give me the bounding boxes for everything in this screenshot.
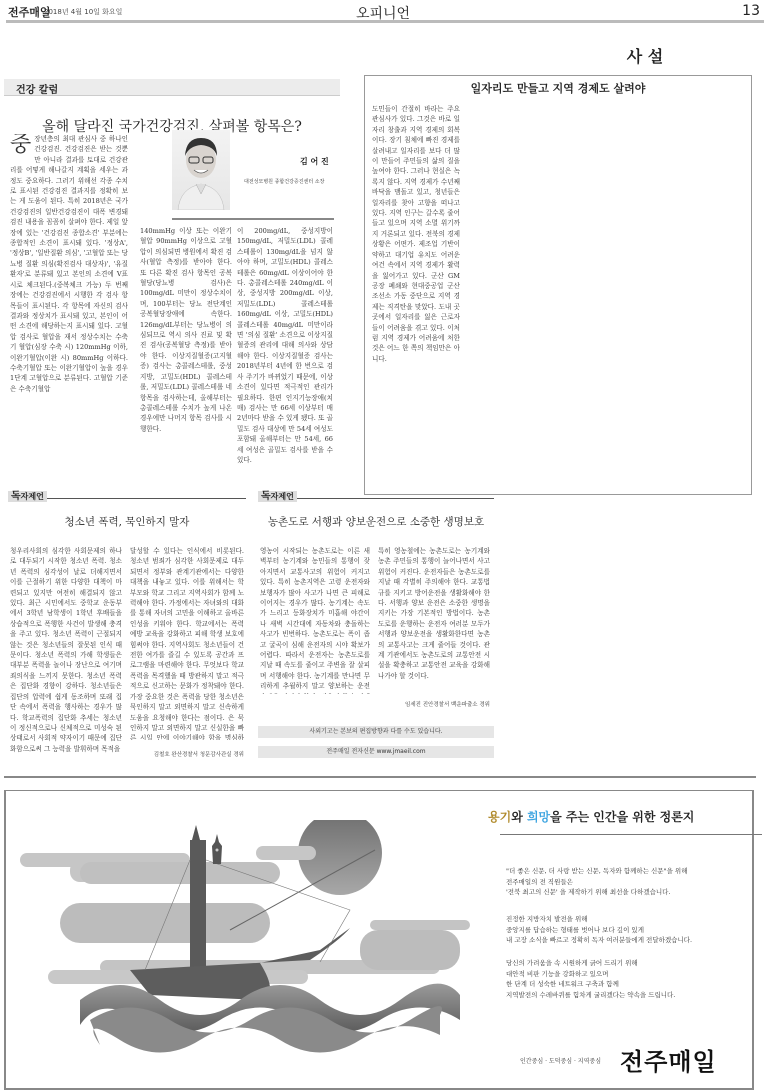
ad-rule [500, 834, 762, 835]
health-column-text-col2: 140mmHg 이상 또는 이완기혈압 90mmHg 이상으로 고혈압이 의심되… [140, 226, 232, 471]
author-rule [172, 218, 334, 220]
editorial-title-1: 일자리도 만들고 지역 경제도 살려야 [364, 80, 752, 96]
reader-1-header: 독자제언 [8, 484, 246, 499]
reader-tag: 독자제언 [8, 491, 47, 502]
sailing-ship-illustration-icon [20, 820, 480, 1070]
reader-2-title: 농촌도로 서행과 양보운전으로 소중한 생명보호 [258, 514, 494, 529]
reader-2-header: 독자제언 [258, 484, 494, 499]
drop-cap: 중 [10, 134, 31, 156]
disclaimer-bar: 사외기고는 본보의 편집방향과 다를 수도 있습니다. [258, 726, 494, 738]
ad-paragraph-2: 진정한 지방자치 발전을 위해 중앙지를 답습하는 형태를 벗어나 보다 깊이 … [506, 914, 692, 946]
reader-1-title: 청소년 폭력, 묵인하지 말자 [8, 514, 246, 529]
author-photo [172, 130, 230, 210]
ad-motto: 인간중심 · 도덕중심 · 지역중심 [520, 1056, 601, 1065]
fountain-pen-nib-icon [210, 834, 224, 864]
reader-2-text-col2: 특히 영농철에는 농촌도로는 농기계와 농촌 주민들의 통행이 늘어나면서 사고… [378, 546, 490, 694]
health-column-label: 건강 칼럼 [16, 81, 58, 96]
e-newspaper-bar: 전주매일 전자신문 www.jmaeil.com [258, 746, 494, 758]
author-name: 김 어 진 [300, 156, 329, 167]
reader-2-text-col1: 영농이 시작되는 농촌도로는 이른 새벽부터 농기계와 농민들의 통행이 잦아지… [260, 546, 370, 694]
reader-tag: 독자제언 [258, 491, 297, 502]
reader-1-text-col1: 청우리사회의 심각한 사회문제의 하나로 대두되기 시작한 청소년 폭력. 청소… [10, 546, 122, 756]
reader-1-text-col2: 달성할 수 있다는 인식에서 비롯된다. 청소년 범죄가 심각한 사회문제로 대… [130, 546, 244, 740]
ad-paragraph-3: 당신의 가려움을 속 시원하게 긁어 드리기 위해 대안적 비판 기능을 강화하… [506, 958, 675, 1000]
health-column-text-col1: 중장년층의 최대 관심사 중 하나인 건강검진. 건강검진은 받는 것뿐만 아니… [10, 134, 128, 474]
author-portrait-icon [172, 130, 230, 210]
masthead-rule [6, 20, 764, 23]
page-number: 13 [742, 3, 760, 19]
health-column-text-col3: 이 200mg/dL, 중성지방이 150mg/dL, 저밀도(LDL) 콜레스… [237, 226, 333, 471]
ad-slogan: 용기와 희망을 주는 인간을 위한 정론지 [488, 808, 694, 825]
ad-paragraph-1: "더 좋은 신문, 더 사랑 받는 신문, 독자와 함께하는 신문"을 위해 전… [506, 866, 687, 898]
reader-1-byline: 김철호 완산경찰서 청문감사관실 경위 [130, 750, 244, 758]
ad-logo: 전주매일 [620, 1042, 717, 1077]
editorial-header: 사 설 [610, 44, 680, 67]
reader-2-byline: 임세진 진안경찰서 백운파출소 경위 [378, 700, 490, 708]
author-role: 대전성모병원 종합건강증진센터 소장 [244, 178, 324, 185]
section-divider [4, 776, 756, 778]
issue-date: 2018년 4월 10일 화요일 [44, 7, 122, 17]
editorial-1-text-col1: 도민들이 간절히 바라는 주요 관심사가 있다. 그것은 바로 일자리 창출과 … [372, 104, 460, 400]
